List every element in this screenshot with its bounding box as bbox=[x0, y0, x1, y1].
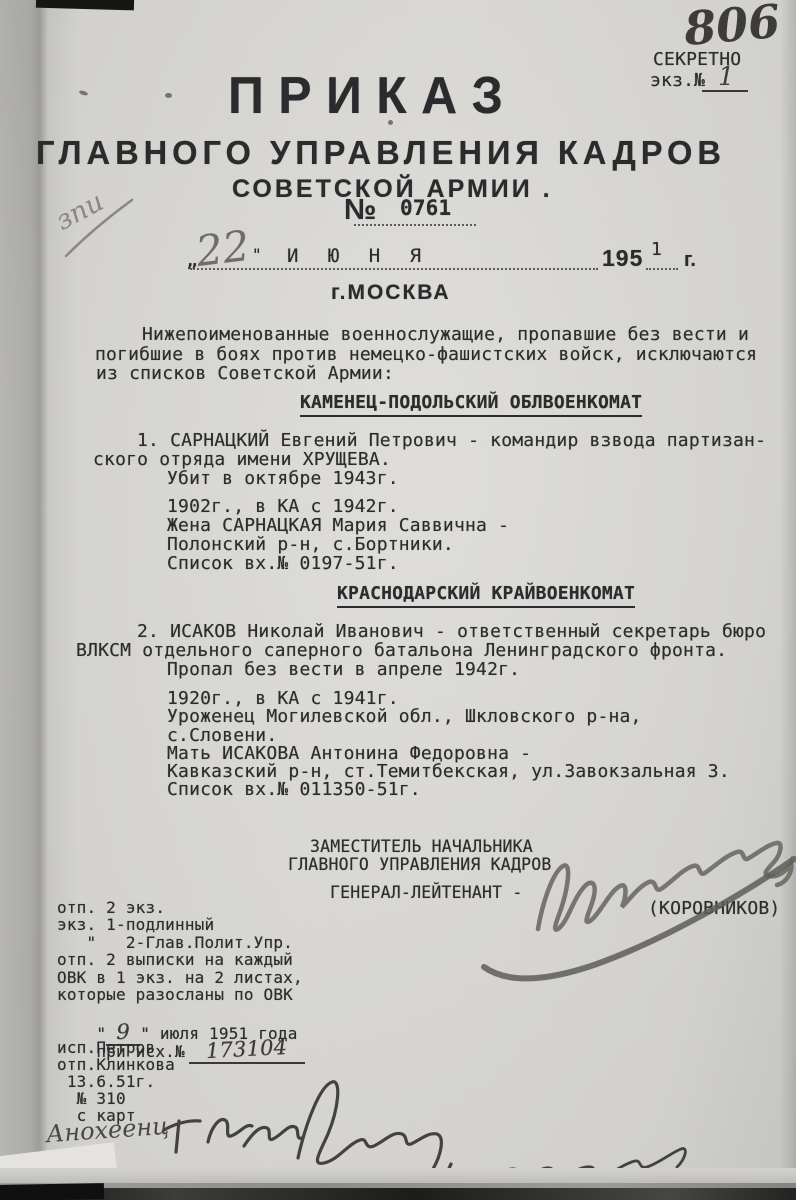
admin-line: 13.6.51г. bbox=[57, 1073, 155, 1091]
order-number-symbol: № bbox=[344, 194, 376, 227]
entry-line: 1. САРНАЦКИЙ Евгений Петрович - командир… bbox=[137, 431, 766, 451]
handwritten-ref-number: 173104 bbox=[189, 1039, 305, 1064]
order-number-value: 0761 bbox=[400, 197, 451, 220]
admin-line: № 310 bbox=[57, 1090, 126, 1108]
copy-label: экз.№ bbox=[650, 71, 705, 91]
bottom-edge-dark bbox=[0, 1188, 796, 1200]
pencil-slash bbox=[30, 182, 150, 272]
date-year-suffix: г. bbox=[684, 249, 696, 272]
date-year-line bbox=[646, 268, 678, 270]
bottom-edge-light bbox=[0, 1168, 796, 1184]
section-heading: КРАСНОДАРСКИЙ КРАЙВОЕНКОМАТ bbox=[337, 584, 635, 608]
entry-line: Пропал без вести в апреле 1942г. bbox=[167, 660, 520, 680]
city-line: г.МОСКВА bbox=[331, 281, 451, 305]
admin-line: которые разосланы по ОВК bbox=[57, 986, 293, 1004]
paper-speck bbox=[79, 90, 89, 97]
right-edge-shadow bbox=[780, 0, 796, 1200]
order-title: ПРИКАЗ bbox=[228, 66, 517, 126]
admin-line: отп.Клинкова bbox=[57, 1056, 175, 1074]
signature-sweep-stroke bbox=[484, 859, 794, 978]
admin-line: ОВК в 1 экз. на 2 листах, bbox=[57, 969, 303, 987]
copy-number-handwritten: 1 bbox=[718, 62, 735, 92]
admin-line: исп.Петров bbox=[57, 1039, 155, 1057]
date-close-quote: " bbox=[252, 246, 262, 264]
intro-line: Нижепоименованные военнослужащие, пропав… bbox=[142, 325, 749, 345]
admin-line: отп. 2 выписки на каждый bbox=[57, 951, 293, 969]
entry-line: ВЛКСМ отдельного саперного батальона Лен… bbox=[76, 641, 727, 661]
entry-line: Жена САРНАЦКАЯ Мария Саввична - bbox=[167, 516, 509, 536]
date-dotline bbox=[190, 268, 598, 270]
admin-line: экз. 1-подлинный bbox=[57, 916, 214, 934]
entry-line: ского отряда имени ХРУЩЕВА. bbox=[93, 450, 391, 470]
section-heading: КАМЕНЕЦ-ПОДОЛЬСКИЙ ОБЛВОЕНКОМАТ bbox=[300, 393, 642, 417]
entry-line: Уроженец Могилевской обл., Шкловского р-… bbox=[167, 707, 642, 727]
paper-speck bbox=[165, 93, 172, 98]
admin-line: отп. 2 экз. bbox=[57, 899, 165, 917]
entry-line: Список вх.№ 0197-51г. bbox=[167, 554, 399, 574]
org-line: ГЛАВНОГО УПРАВЛЕНИЯ КАДРОВ bbox=[36, 134, 726, 172]
entry-line: 1902г., в КА с 1942г. bbox=[167, 497, 399, 517]
bottom-left-corner bbox=[0, 1183, 104, 1200]
intro-line: погибшие в боях против немецко-фашистски… bbox=[95, 345, 757, 365]
date-year-digit: 1 bbox=[651, 240, 662, 260]
korovnikov-signature bbox=[452, 815, 796, 977]
army-line: СОВЕТСКОЙ АРМИИ . bbox=[232, 175, 553, 204]
page-number-stamp: 806 bbox=[682, 0, 782, 56]
entry-line: Список вх.№ 011350-51г. bbox=[167, 780, 421, 800]
date-month: И Ю Н Я bbox=[287, 246, 430, 267]
left-fold-line bbox=[30, 0, 48, 1200]
number-dotline bbox=[354, 224, 476, 226]
entry-line: Полонский р-н, с.Бортники. bbox=[167, 535, 454, 555]
entry-line: 2. ИСАКОВ Николай Иванович - ответственн… bbox=[137, 622, 766, 642]
entry-line: Убит в октябре 1943г. bbox=[167, 469, 399, 489]
intro-line: из списков Советской Армии: bbox=[96, 364, 394, 384]
date-year-printed: 195 bbox=[602, 245, 643, 272]
admin-line: " 2-Глав.Полит.Упр. bbox=[57, 934, 293, 952]
document-scan: 806 СЕКРЕТНО экз.№ 1 зпи ПРИКАЗ ГЛАВНОГО… bbox=[0, 0, 796, 1200]
